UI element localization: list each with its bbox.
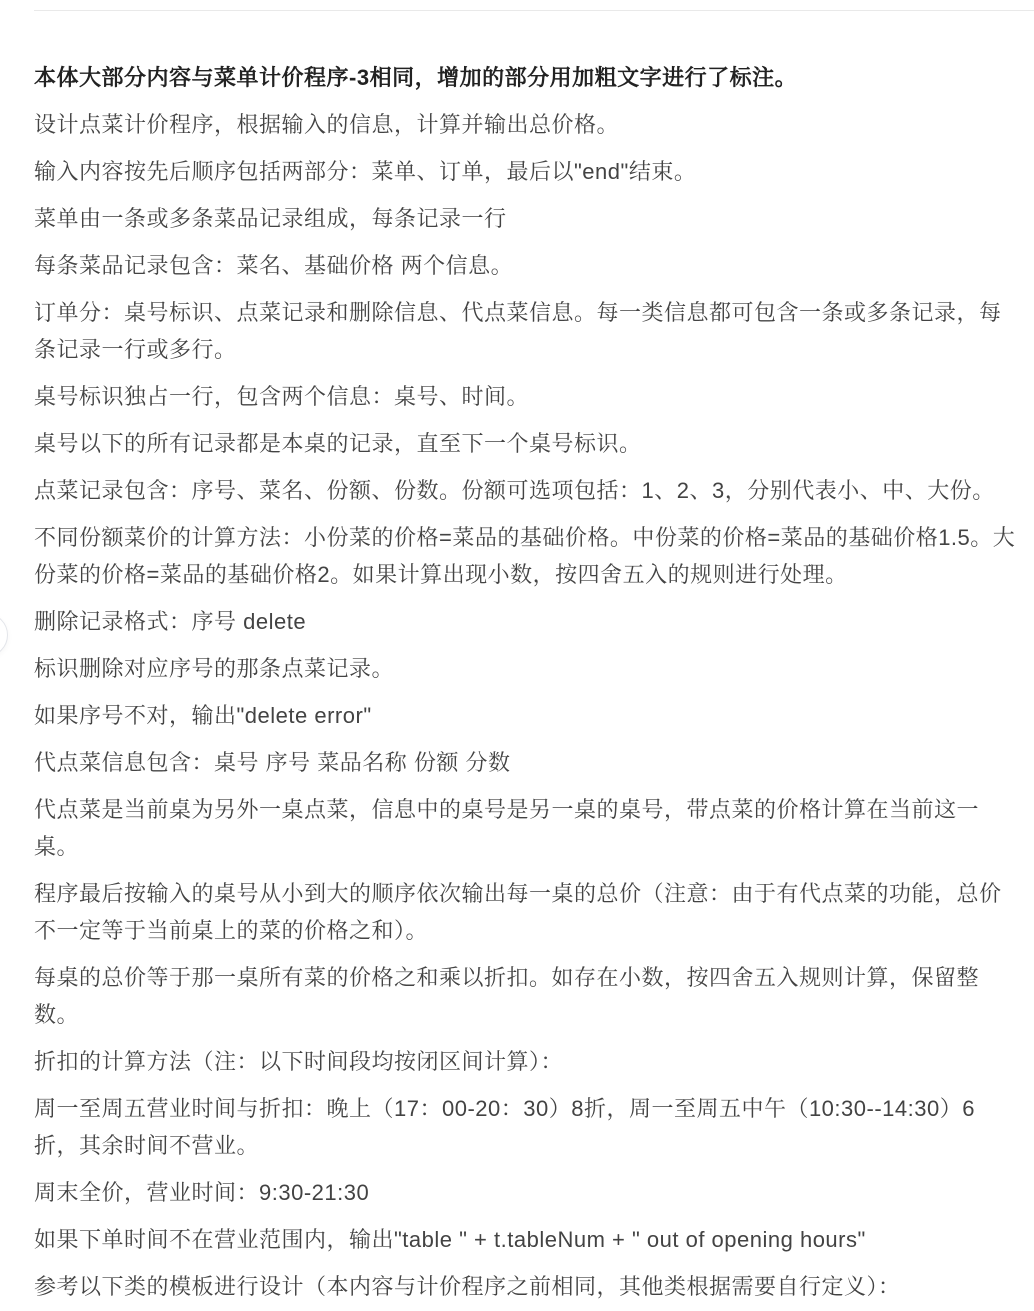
paragraph: 桌号以下的所有记录都是本桌的记录，直至下一个桌号标识。	[34, 425, 1034, 462]
text-line: 代点菜是当前桌为另外一桌点菜，信息中的桌号是另一桌的桌号，带点菜的价格计算在当前…	[34, 791, 1034, 828]
text-line: 折，其余时间不营业。	[34, 1127, 1034, 1164]
paragraph: 参考以下类的模板进行设计（本内容与计价程序之前相同，其他类根据需要自行定义）：	[34, 1268, 1034, 1305]
text-line: 参考以下类的模板进行设计（本内容与计价程序之前相同，其他类根据需要自行定义）：	[34, 1268, 1034, 1305]
text-line: 设计点菜计价程序，根据输入的信息，计算并输出总价格。	[34, 106, 1034, 143]
top-divider	[34, 10, 1034, 11]
paragraph: 周末全价，营业时间：9:30-21:30	[34, 1174, 1034, 1211]
paragraph: 点菜记录包含：序号、菜名、份额、份数。份额可选项包括：1、2、3，分别代表小、中…	[34, 472, 1034, 509]
paragraph: 设计点菜计价程序，根据输入的信息，计算并输出总价格。	[34, 106, 1034, 143]
text-line: 输入内容按先后顺序包括两部分：菜单、订单，最后以"end"结束。	[34, 153, 1034, 190]
text-line: 周末全价，营业时间：9:30-21:30	[34, 1174, 1034, 1211]
text-line: 如果序号不对，输出"delete error"	[34, 697, 1034, 734]
paragraph: 每条菜品记录包含：菜名、基础价格 两个信息。	[34, 247, 1034, 284]
text-line: 份菜的价格=菜品的基础价格2。如果计算出现小数，按四舍五入的规则进行处理。	[34, 556, 1034, 593]
paragraph: 删除记录格式：序号 delete	[34, 603, 1034, 640]
text-line: 标识删除对应序号的那条点菜记录。	[34, 650, 1034, 687]
paragraph: 如果序号不对，输出"delete error"	[34, 697, 1034, 734]
paragraph: 菜单由一条或多条菜品记录组成，每条记录一行	[34, 200, 1034, 237]
text-line: 桌。	[34, 828, 1034, 865]
text-line: 每桌的总价等于那一桌所有菜的价格之和乘以折扣。如存在小数，按四舍五入规则计算，保…	[34, 959, 1034, 996]
text-line: 不一定等于当前桌上的菜的价格之和）。	[34, 912, 1034, 949]
notice-heading: 本体大部分内容与菜单计价程序-3相同，增加的部分用加粗文字进行了标注。	[34, 59, 1034, 96]
text-line: 订单分：桌号标识、点菜记录和删除信息、代点菜信息。每一类信息都可包含一条或多条记…	[34, 294, 1034, 331]
paragraph: 标识删除对应序号的那条点菜记录。	[34, 650, 1034, 687]
text-line: 代点菜信息包含：桌号 序号 菜品名称 份额 分数	[34, 744, 1034, 781]
paragraph: 订单分：桌号标识、点菜记录和删除信息、代点菜信息。每一类信息都可包含一条或多条记…	[34, 294, 1034, 368]
text-line: 如果下单时间不在营业范围内，输出"table " + t.tableNum + …	[34, 1221, 1034, 1258]
paragraph: 不同份额菜价的计算方法：小份菜的价格=菜品的基础价格。中份菜的价格=菜品的基础价…	[34, 519, 1034, 593]
text-line: 每条菜品记录包含：菜名、基础价格 两个信息。	[34, 247, 1034, 284]
paragraph: 代点菜信息包含：桌号 序号 菜品名称 份额 分数	[34, 744, 1034, 781]
article-body: 本体大部分内容与菜单计价程序-3相同，增加的部分用加粗文字进行了标注。设计点菜计…	[34, 59, 1034, 1311]
paragraph: 桌号标识独占一行，包含两个信息：桌号、时间。	[34, 378, 1034, 415]
text-line: 本体大部分内容与菜单计价程序-3相同，增加的部分用加粗文字进行了标注。	[34, 59, 1034, 96]
paragraph: 代点菜是当前桌为另外一桌点菜，信息中的桌号是另一桌的桌号，带点菜的价格计算在当前…	[34, 791, 1034, 865]
text-line: 周一至周五营业时间与折扣：晚上（17：00-20：30）8折，周一至周五中午（1…	[34, 1090, 1034, 1127]
text-line: 菜单由一条或多条菜品记录组成，每条记录一行	[34, 200, 1034, 237]
paragraph: 折扣的计算方法（注：以下时间段均按闭区间计算）：	[34, 1043, 1034, 1080]
text-line: 程序最后按输入的桌号从小到大的顺序依次输出每一桌的总价（注意：由于有代点菜的功能…	[34, 875, 1034, 912]
text-line: 点菜记录包含：序号、菜名、份额、份数。份额可选项包括：1、2、3，分别代表小、中…	[34, 472, 1034, 509]
text-line: 条记录一行或多行。	[34, 331, 1034, 368]
paragraph: 每桌的总价等于那一桌所有菜的价格之和乘以折扣。如存在小数，按四舍五入规则计算，保…	[34, 959, 1034, 1033]
paragraph: 如果下单时间不在营业范围内，输出"table " + t.tableNum + …	[34, 1221, 1034, 1258]
text-line: 桌号以下的所有记录都是本桌的记录，直至下一个桌号标识。	[34, 425, 1034, 462]
article-page: { "divider": { "color": "#e9e9e9" }, "co…	[0, 0, 1034, 1311]
paragraph: 周一至周五营业时间与折扣：晚上（17：00-20：30）8折，周一至周五中午（1…	[34, 1090, 1034, 1164]
paragraph: 输入内容按先后顺序包括两部分：菜单、订单，最后以"end"结束。	[34, 153, 1034, 190]
text-line: 折扣的计算方法（注：以下时间段均按闭区间计算）：	[34, 1043, 1034, 1080]
text-line: 桌号标识独占一行，包含两个信息：桌号、时间。	[34, 378, 1034, 415]
text-line: 删除记录格式：序号 delete	[34, 603, 1034, 640]
text-line: 不同份额菜价的计算方法：小份菜的价格=菜品的基础价格。中份菜的价格=菜品的基础价…	[34, 519, 1034, 556]
paragraph: 程序最后按输入的桌号从小到大的顺序依次输出每一桌的总价（注意：由于有代点菜的功能…	[34, 875, 1034, 949]
text-line: 数。	[34, 996, 1034, 1033]
sidebar-toggle-button[interactable]	[0, 613, 8, 657]
